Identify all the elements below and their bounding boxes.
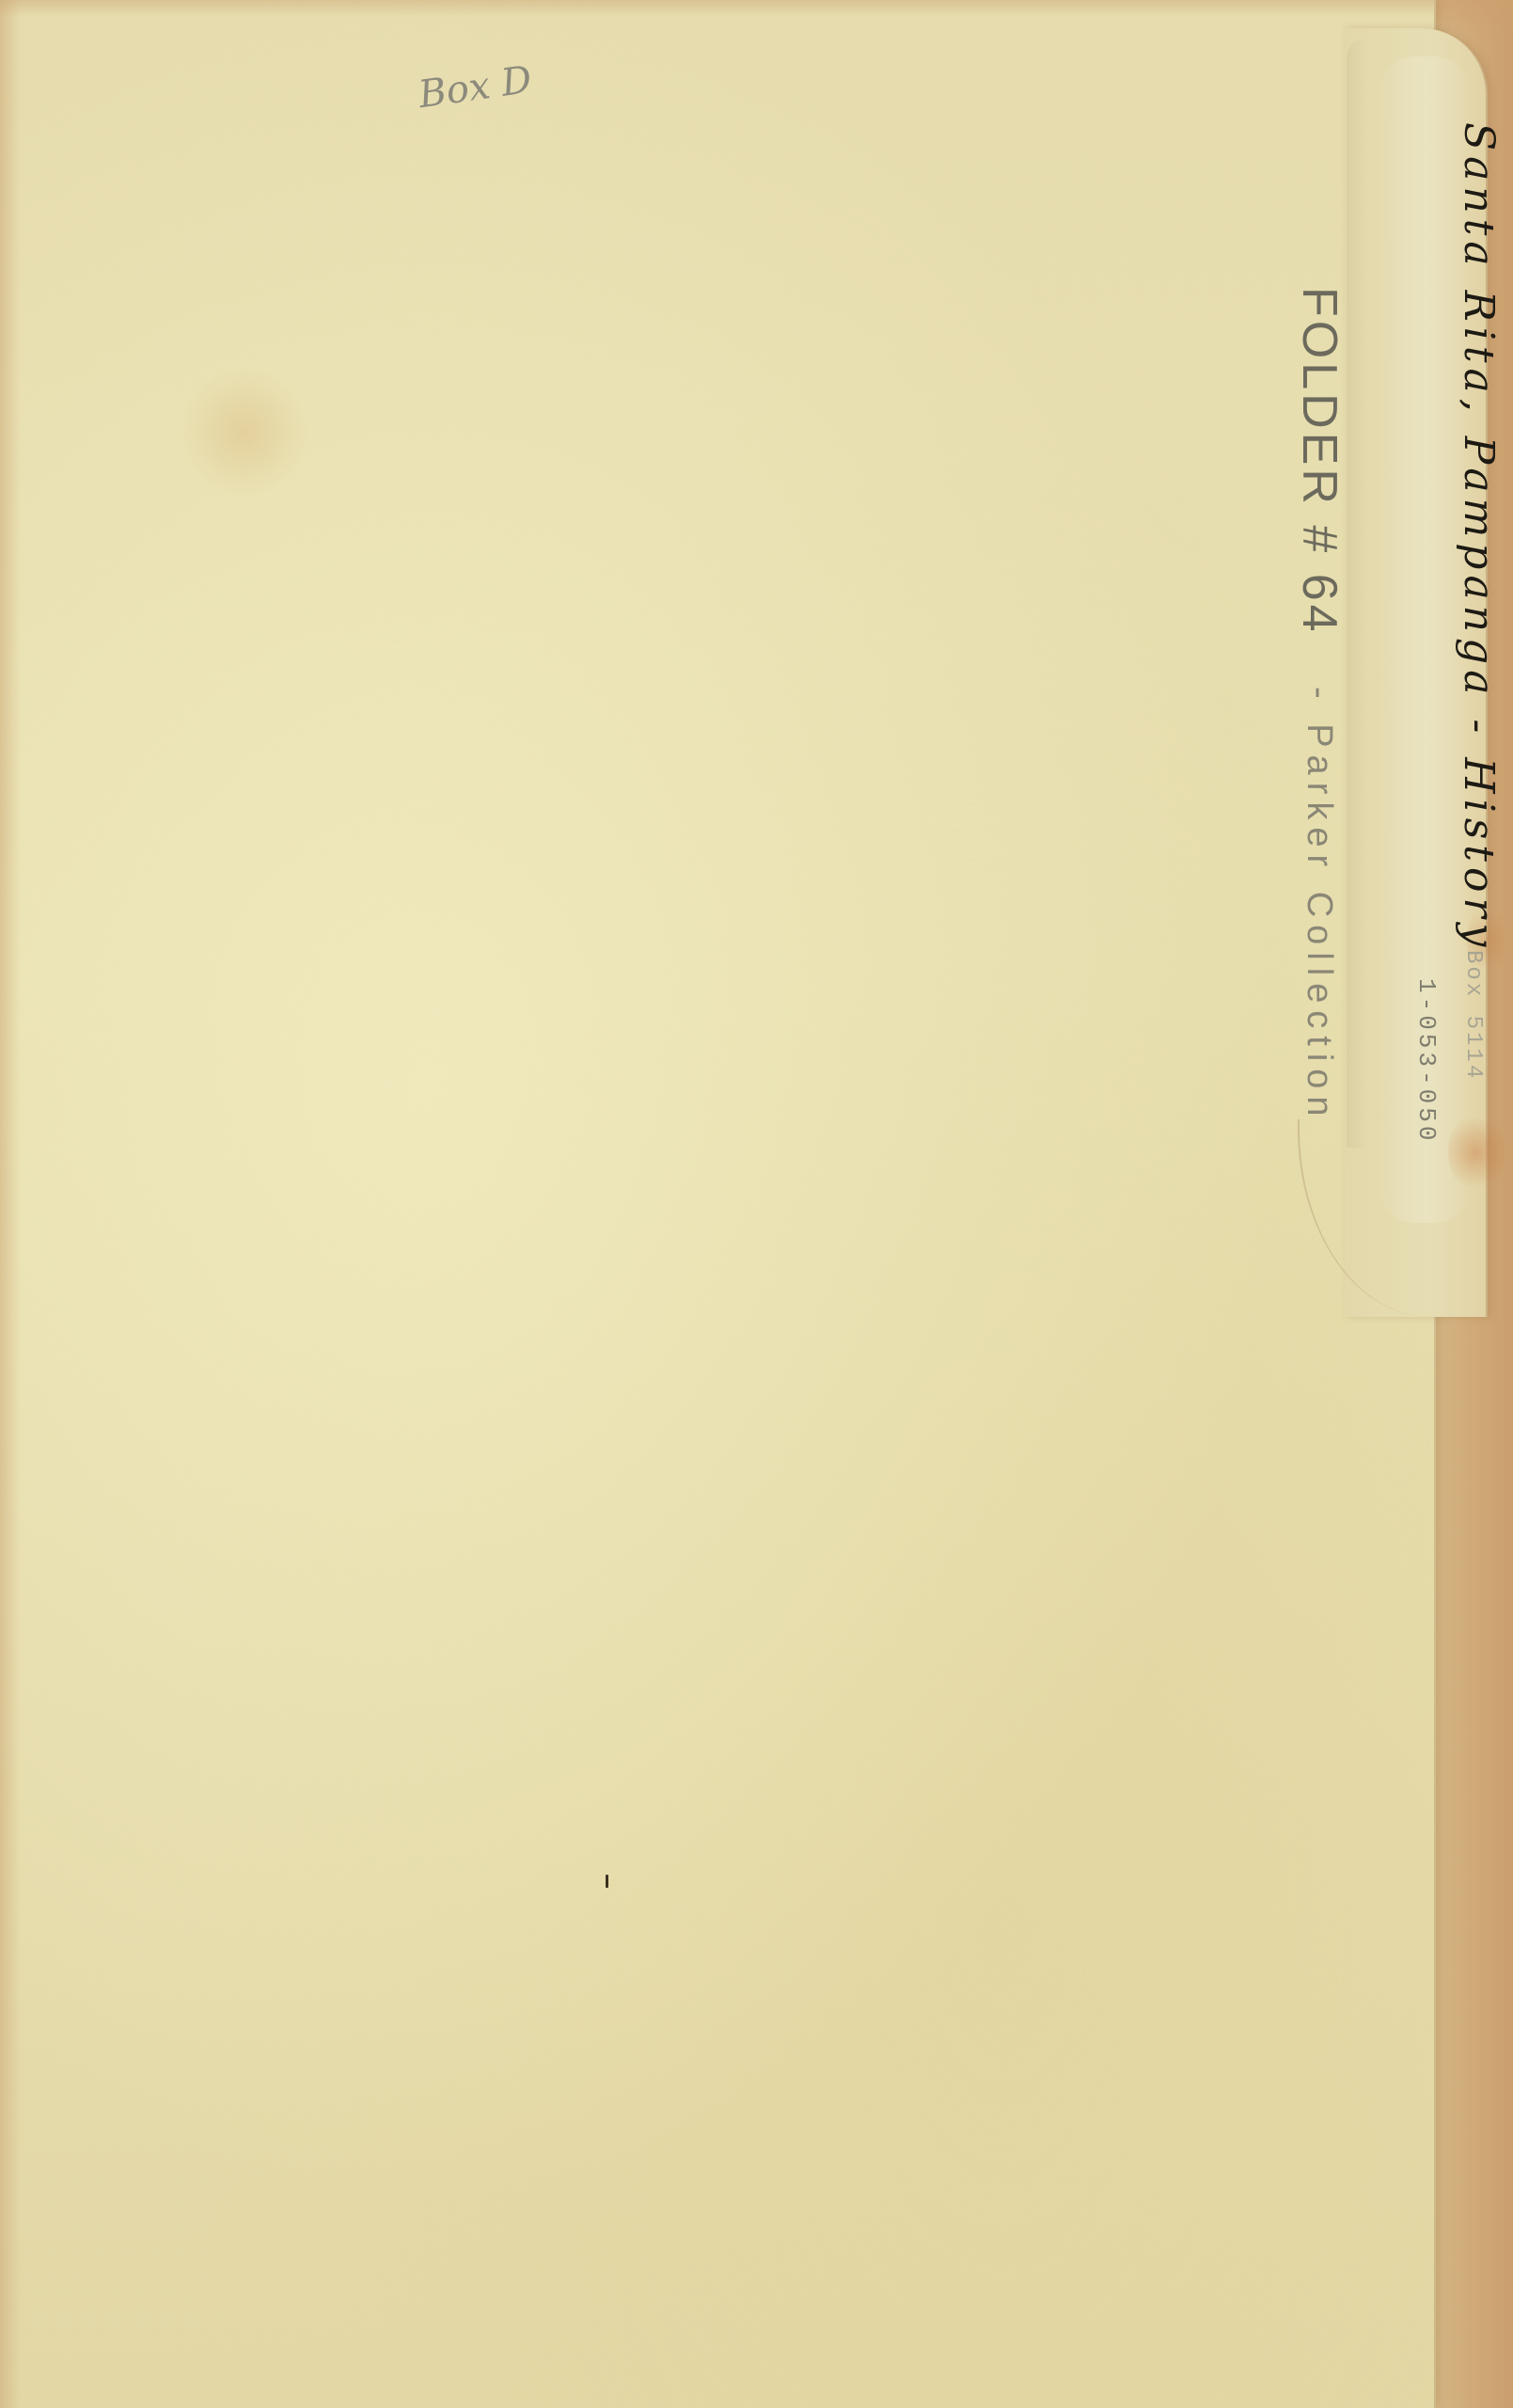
folder-number-label: FOLDER # 64 bbox=[1291, 287, 1348, 636]
box-stamp-line2: 1-053-050 bbox=[1412, 978, 1441, 1144]
folder-front-cover bbox=[0, 0, 1436, 2408]
box-stamp-line1: Box 5114 bbox=[1460, 950, 1486, 1081]
paper-stain bbox=[179, 367, 310, 499]
stray-pencil-mark bbox=[606, 1875, 608, 1888]
collection-note: - Parker Collection bbox=[1299, 687, 1339, 1124]
tab-title-handwriting: Santa Rita, Pampanga - History bbox=[1455, 122, 1503, 952]
folder-tab-fold bbox=[1347, 38, 1367, 1148]
edge-stain bbox=[1448, 1110, 1505, 1195]
